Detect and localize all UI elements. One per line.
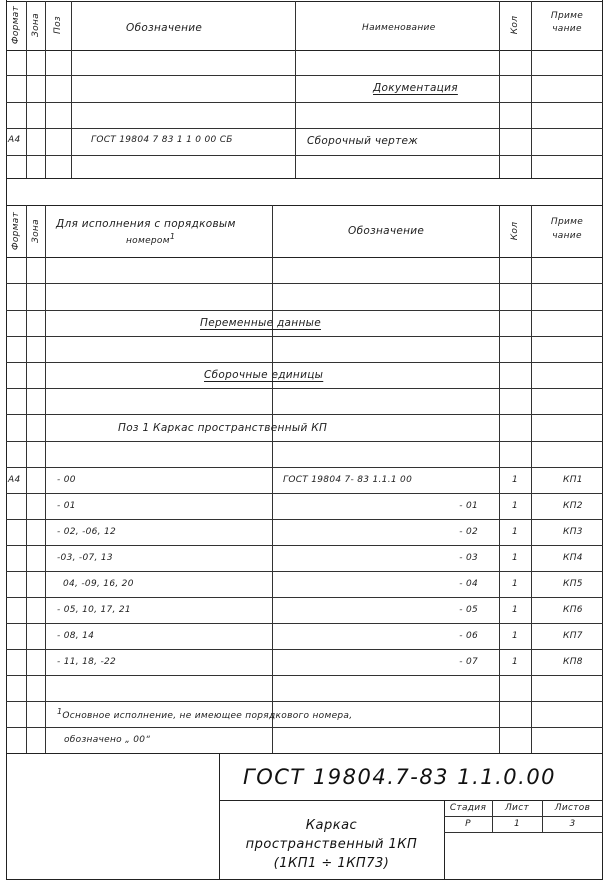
- specification-sheet: Формат Зона Поз Обозначение Наименование…: [0, 0, 605, 883]
- row-line: [6, 102, 603, 103]
- row-line: [6, 336, 603, 337]
- row-line: [6, 155, 603, 156]
- col-line: [26, 1, 27, 178]
- row-note: КП6: [563, 606, 583, 615]
- footnote-line1: 1Основное исполнение, не имеющее порядко…: [57, 708, 352, 721]
- border-right: [602, 0, 603, 880]
- title-designation-bottom-line: [219, 800, 603, 801]
- sheets-label: Листов: [542, 804, 603, 813]
- section-assembly-units: Сборочные единицы: [204, 370, 323, 381]
- row-note: КП1: [563, 476, 583, 485]
- footnote-text: Основное исполнение, не имеющее порядков…: [62, 711, 352, 721]
- row-format: А4: [8, 476, 20, 485]
- row-designation: ГОСТ 19804 7 83 1 1 0 00 СБ: [91, 136, 233, 145]
- row-line: [6, 283, 603, 284]
- top-header-bottom-line: [6, 50, 603, 51]
- product-name-line1: Каркас: [219, 816, 444, 835]
- header-note-line2: чание: [531, 25, 603, 34]
- row-variant: -03, -07, 13: [57, 554, 113, 563]
- row-note: КП5: [563, 580, 583, 589]
- header-format: Формат: [11, 0, 21, 50]
- row-line: [6, 597, 603, 598]
- row-line: [6, 414, 603, 415]
- row-qty: 1: [499, 632, 531, 641]
- row-qty: 1: [499, 580, 531, 589]
- section-documentation: Документация: [373, 83, 458, 94]
- bottom-header-bottom-line: [6, 257, 603, 258]
- section-variable-data: Переменные данные: [200, 318, 321, 329]
- header-designation: Обозначение: [348, 226, 424, 237]
- row-designation: - 05: [400, 606, 478, 615]
- row-variant: - 01: [57, 502, 76, 511]
- row-line: [6, 701, 603, 702]
- product-name-line2: пространственный 1КП: [219, 835, 444, 854]
- row-format: А4: [8, 136, 20, 145]
- row-line: [6, 545, 603, 546]
- col-line: [295, 1, 296, 178]
- row-line: [6, 623, 603, 624]
- row-designation: - 03: [400, 554, 478, 563]
- header-zone: Зона: [31, 206, 41, 256]
- row-note: КП3: [563, 528, 583, 537]
- row-line: [6, 362, 603, 363]
- row-line: [6, 310, 603, 311]
- header-variant-line1: Для исполнения с порядковым: [56, 219, 236, 230]
- stage-values-line: [444, 832, 603, 833]
- row-designation: ГОСТ 19804 7- 83 1.1.1 00: [283, 476, 412, 485]
- row-variant: - 00: [57, 476, 76, 485]
- header-note-line1: Приме: [531, 12, 603, 21]
- pos-title: Поз 1 Каркас пространственный КП: [118, 423, 327, 434]
- stage-value: Р: [444, 820, 492, 829]
- row-designation: - 04: [400, 580, 478, 589]
- row-qty: 1: [499, 554, 531, 563]
- row-variant: - 11, 18, -22: [57, 658, 116, 667]
- row-designation: - 06: [400, 632, 478, 641]
- col-line: [531, 205, 532, 753]
- header-zone: Зона: [31, 0, 41, 50]
- header-qty: Кол: [510, 0, 520, 50]
- row-qty: 1: [499, 502, 531, 511]
- row-line: [6, 441, 603, 442]
- header-name: Наименование: [362, 24, 436, 33]
- row-variant: - 02, -06, 12: [57, 528, 116, 537]
- row-line: [6, 675, 603, 676]
- row-qty: 1: [499, 476, 531, 485]
- title-block-top-line: [6, 753, 603, 754]
- row-line: [6, 388, 603, 389]
- header-variant-text: номером: [126, 236, 170, 246]
- row-qty: 1: [499, 528, 531, 537]
- col-line: [272, 205, 273, 753]
- header-variant-line2: номером1: [126, 233, 175, 246]
- border-bottom: [6, 879, 603, 880]
- col-line: [26, 205, 27, 753]
- sheet-label: Лист: [492, 804, 542, 813]
- col-line: [499, 1, 500, 178]
- header-note-line2: чание: [531, 232, 603, 241]
- footnote-mark: 1: [170, 232, 175, 241]
- row-line: [6, 467, 603, 468]
- header-pos: Поз: [53, 0, 63, 50]
- col-line: [71, 1, 72, 178]
- stage-label: Стадия: [444, 804, 492, 813]
- top-table-bottom-line: [6, 178, 603, 179]
- row-variant: - 08, 14: [57, 632, 94, 641]
- sheets-value: 3: [542, 820, 603, 829]
- row-line: [6, 571, 603, 572]
- row-line: [6, 519, 603, 520]
- row-qty: 1: [499, 658, 531, 667]
- row-line: [6, 75, 603, 76]
- header-format: Формат: [11, 206, 21, 256]
- row-variant: - 05, 10, 17, 21: [57, 606, 131, 615]
- stage-header-line: [444, 816, 603, 817]
- col-line: [45, 1, 46, 178]
- row-variant: 04, -09, 16, 20: [63, 580, 134, 589]
- row-designation: - 01: [400, 502, 478, 511]
- footnote-line2: обозначено „ 00“: [64, 736, 150, 745]
- row-line: [6, 128, 603, 129]
- row-designation: - 02: [400, 528, 478, 537]
- border-left: [6, 0, 7, 880]
- sheet-value: 1: [492, 820, 542, 829]
- row-note: КП8: [563, 658, 583, 667]
- product-name-line3: (1КП1 ÷ 1КП73): [219, 854, 444, 873]
- row-line: [6, 727, 603, 728]
- row-line: [6, 649, 603, 650]
- row-line: [6, 493, 603, 494]
- row-note: КП4: [563, 554, 583, 563]
- col-line: [45, 205, 46, 753]
- document-designation: ГОСТ 19804.7-83 1.1.0.00: [243, 765, 556, 789]
- row-name: Сборочный чертеж: [307, 136, 418, 147]
- row-designation: - 07: [400, 658, 478, 667]
- row-note: КП7: [563, 632, 583, 641]
- header-qty: Кол: [510, 206, 520, 256]
- row-note: КП2: [563, 502, 583, 511]
- header-note-line1: Приме: [531, 218, 603, 227]
- header-designation: Обозначение: [126, 23, 202, 34]
- row-qty: 1: [499, 606, 531, 615]
